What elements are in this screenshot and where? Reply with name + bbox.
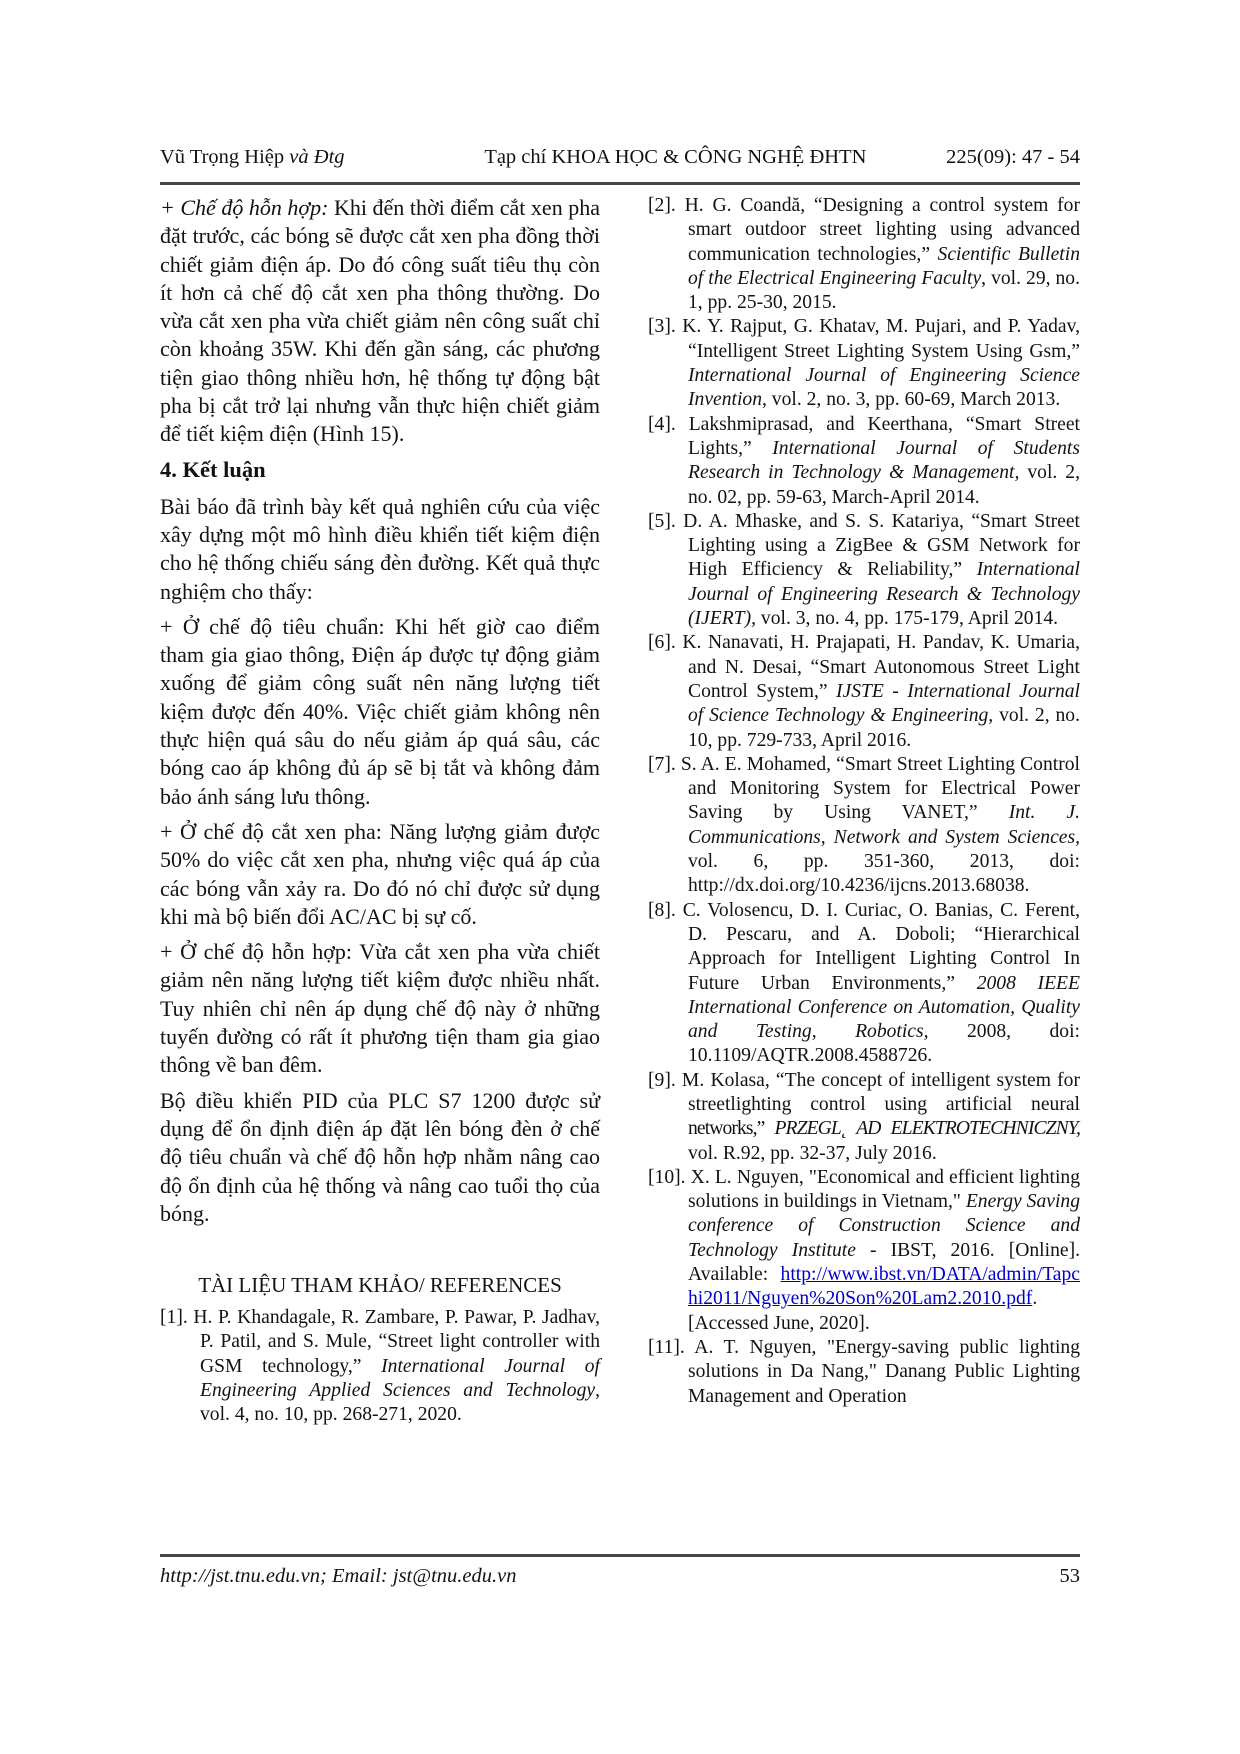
reference-item-4: [4]. Lakshmiprasad, and Keerthana, “Smar… — [648, 413, 1080, 510]
reference-item-10: [10]. X. L. Nguyen, "Economical and effi… — [648, 1166, 1080, 1336]
left-column: + Chế độ hỗn hợp: Khi đến thời điểm cắt … — [160, 194, 600, 1428]
reference-item-8: [8]. C. Volosencu, D. I. Curiac, O. Bani… — [648, 899, 1080, 1069]
references-heading: TÀI LIỆU THAM KHẢO/ REFERENCES — [160, 1272, 600, 1298]
conclusion-heading: 4. Kết luận — [160, 456, 600, 484]
right-column: [2]. H. G. Coandă, “Designing a control … — [648, 194, 1080, 1428]
intro-paragraph: + Chế độ hỗn hợp: Khi đến thời điểm cắt … — [160, 194, 600, 449]
conclusion-paragraph: Bài báo đã trình bày kết quả nghiên cứu … — [160, 493, 600, 606]
two-column-body: + Chế độ hỗn hợp: Khi đến thời điểm cắt … — [160, 194, 1080, 1428]
text-segment: vol. 6, pp. 351-360, 2013, doi: http://d… — [688, 851, 1080, 896]
reference-item-9: [9]. M. Kolasa, “The concept of intellig… — [648, 1069, 1080, 1166]
reference-item-11: [11]. A. T. Nguyen, "Energy-saving publi… — [648, 1336, 1080, 1409]
text-segment: networks,” — [688, 1118, 774, 1139]
text-segment: Khi đến thời điểm cắt xen pha đặt trước,… — [160, 195, 600, 446]
conclusion-paragraph: + Ở chế độ hỗn hợp: Vừa cắt xen pha vừa … — [160, 938, 600, 1079]
text-segment: vol. 3, no. 4, pp. 175-179, April 2014. — [756, 608, 1058, 629]
reference-item-3: [3]. K. Y. Rajput, G. Khatav, M. Pujari,… — [648, 315, 1080, 412]
conclusion-paragraph: Bộ điều khiển PID của PLC S7 1200 được s… — [160, 1087, 600, 1228]
reference-item-7: [7]. S. A. E. Mohamed, “Smart Street Lig… — [648, 753, 1080, 899]
page-header: Vũ Trọng Hiệp và Đtg Tạp chí KHOA HỌC & … — [160, 144, 1080, 170]
footer-rule — [160, 1554, 1080, 1557]
reference-item-2: [2]. H. G. Coandă, “Designing a control … — [648, 194, 1080, 315]
text-segment: + Chế độ hỗn hợp: — [160, 195, 328, 220]
reference-item-5: [5]. D. A. Mhaske, and S. S. Katariya, “… — [648, 510, 1080, 631]
page-footer: http://jst.tnu.edu.vn; Email: jst@tnu.ed… — [160, 1554, 1080, 1588]
journal-page: Vũ Trọng Hiệp và Đtg Tạp chí KHOA HỌC & … — [0, 0, 1240, 1754]
page-content: Vũ Trọng Hiệp và Đtg Tạp chí KHOA HỌC & … — [160, 144, 1080, 1428]
text-segment: vol. 2, no. 3, pp. 60-69, March 2013. — [767, 389, 1060, 410]
reference-item-1: [1]. H. P. Khandagale, R. Zambare, P. Pa… — [160, 1306, 600, 1427]
reference-item-6: [6]. K. Nanavati, H. Prajapati, H. Panda… — [648, 631, 1080, 752]
header-rule — [160, 182, 1080, 185]
conclusion-paragraph: + Ở chế độ cắt xen pha: Năng lượng giảm … — [160, 818, 600, 931]
author-name: Vũ Trọng Hiệp — [160, 146, 284, 168]
text-segment: vol. R.92, pp. 32-37, July 2016. — [688, 1143, 937, 1164]
text-segment: [9]. M. Kolasa, “The concept of intellig… — [648, 1070, 1080, 1115]
issue-info: 225(09): 47 - 54 — [946, 144, 1080, 170]
text-segment: [3]. K. Y. Rajput, G. Khatav, M. Pujari,… — [648, 316, 1080, 361]
page-number: 53 — [1060, 1565, 1081, 1588]
text-segment: PRZEGL˛ AD ELEKTROTECHNICZNY, — [774, 1118, 1080, 1139]
conclusion-paragraph: + Ở chế độ tiêu chuẩn: Khi hết giờ cao đ… — [160, 613, 600, 811]
running-head-authors: Vũ Trọng Hiệp và Đtg — [160, 144, 345, 170]
text-segment: [11]. A. T. Nguyen, "Energy-saving publi… — [648, 1337, 1080, 1407]
footer-url: http://jst.tnu.edu.vn; Email: jst@tnu.ed… — [160, 1565, 517, 1588]
journal-title: Tạp chí KHOA HỌC & CÔNG NGHỆ ĐHTN — [424, 144, 866, 170]
author-etal: và Đtg — [284, 146, 344, 168]
